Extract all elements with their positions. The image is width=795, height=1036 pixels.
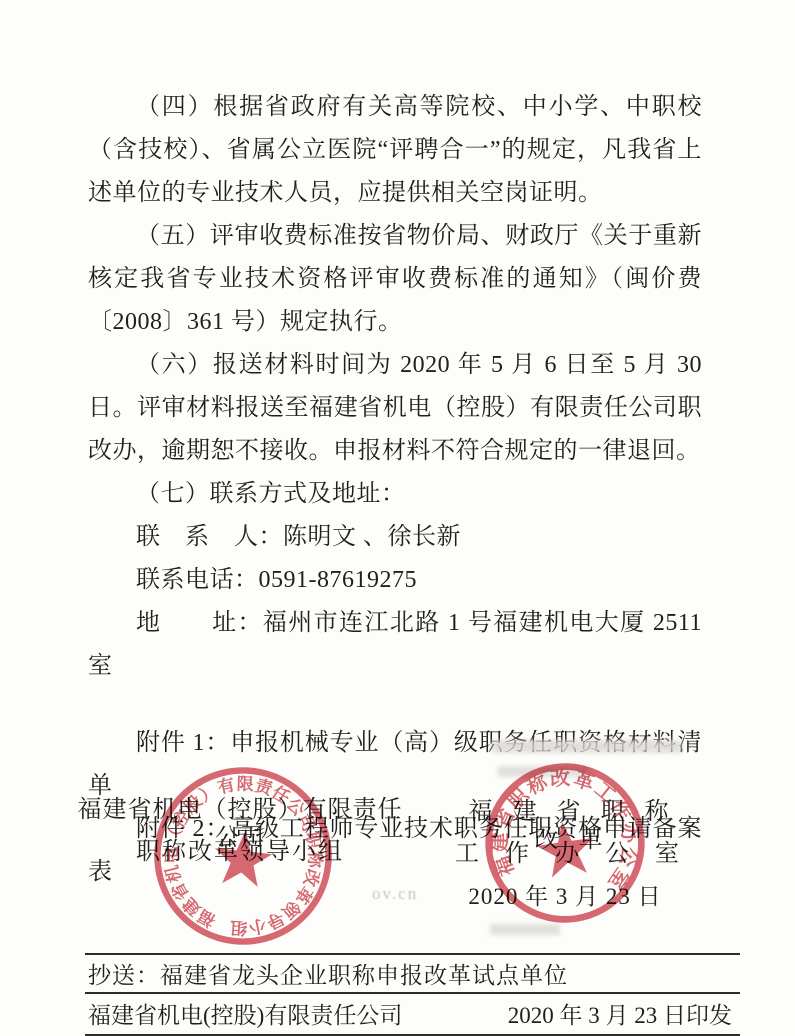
paragraph-7: （七）联系方式及地址： [88, 473, 702, 516]
official-seal-left: 福建省机电（控股）有限责任公司职称改革领导小组 [142, 755, 344, 957]
paragraph-5: （五）评审收费标准按省物价局、财政厅《关于重新核定我省专业技术资格评审收费标准的… [88, 215, 702, 344]
contact-phone-line: 联系电话：0591-87619275 [88, 559, 702, 602]
copy-to-line: 抄送：福建省龙头企业职称申报改革试点单位 [85, 953, 740, 992]
contact-person-line: 联 系 人：陈明文 、徐长新 [88, 516, 702, 559]
bleed-through-smudge [492, 740, 682, 753]
seal-right-graphic: 福建省职称改革工作办公室 [471, 749, 658, 936]
imprint-line: 福建省机电(控股)有限责任公司 2020 年 3 月 23 日印发 [85, 992, 740, 1036]
seal-star-icon [534, 818, 598, 879]
contact-address-line: 地 址：福州市连江北路 1 号福建机电大厦 2511 室 [88, 602, 702, 688]
official-seal-right: 福建省职称改革工作办公室 [471, 749, 658, 936]
paragraph-6: （六）报送材料时间为 2020 年 5 月 6 日至 5 月 30 日。评审材料… [88, 344, 702, 473]
seal-star-icon [211, 827, 274, 888]
print-date: 2020 年 3 月 23 日印发 [508, 997, 732, 1030]
seal-left-graphic: 福建省机电（控股）有限责任公司职称改革领导小组 [142, 755, 344, 957]
document-footer: 抄送：福建省龙头企业职称申报改革试点单位 福建省机电(控股)有限责任公司 202… [85, 953, 740, 1036]
issuing-organization: 福建省机电(控股)有限责任公司 [88, 997, 402, 1030]
paragraph-4: （四）根据省政府有关高等院校、中小学、中职校（含技校）、省属公立医院“评聘合一”… [88, 86, 702, 215]
bleed-through-text: ov.cn [372, 884, 418, 904]
document-page: （四）根据省政府有关高等院校、中小学、中职校（含技校）、省属公立医院“评聘合一”… [0, 0, 795, 1036]
